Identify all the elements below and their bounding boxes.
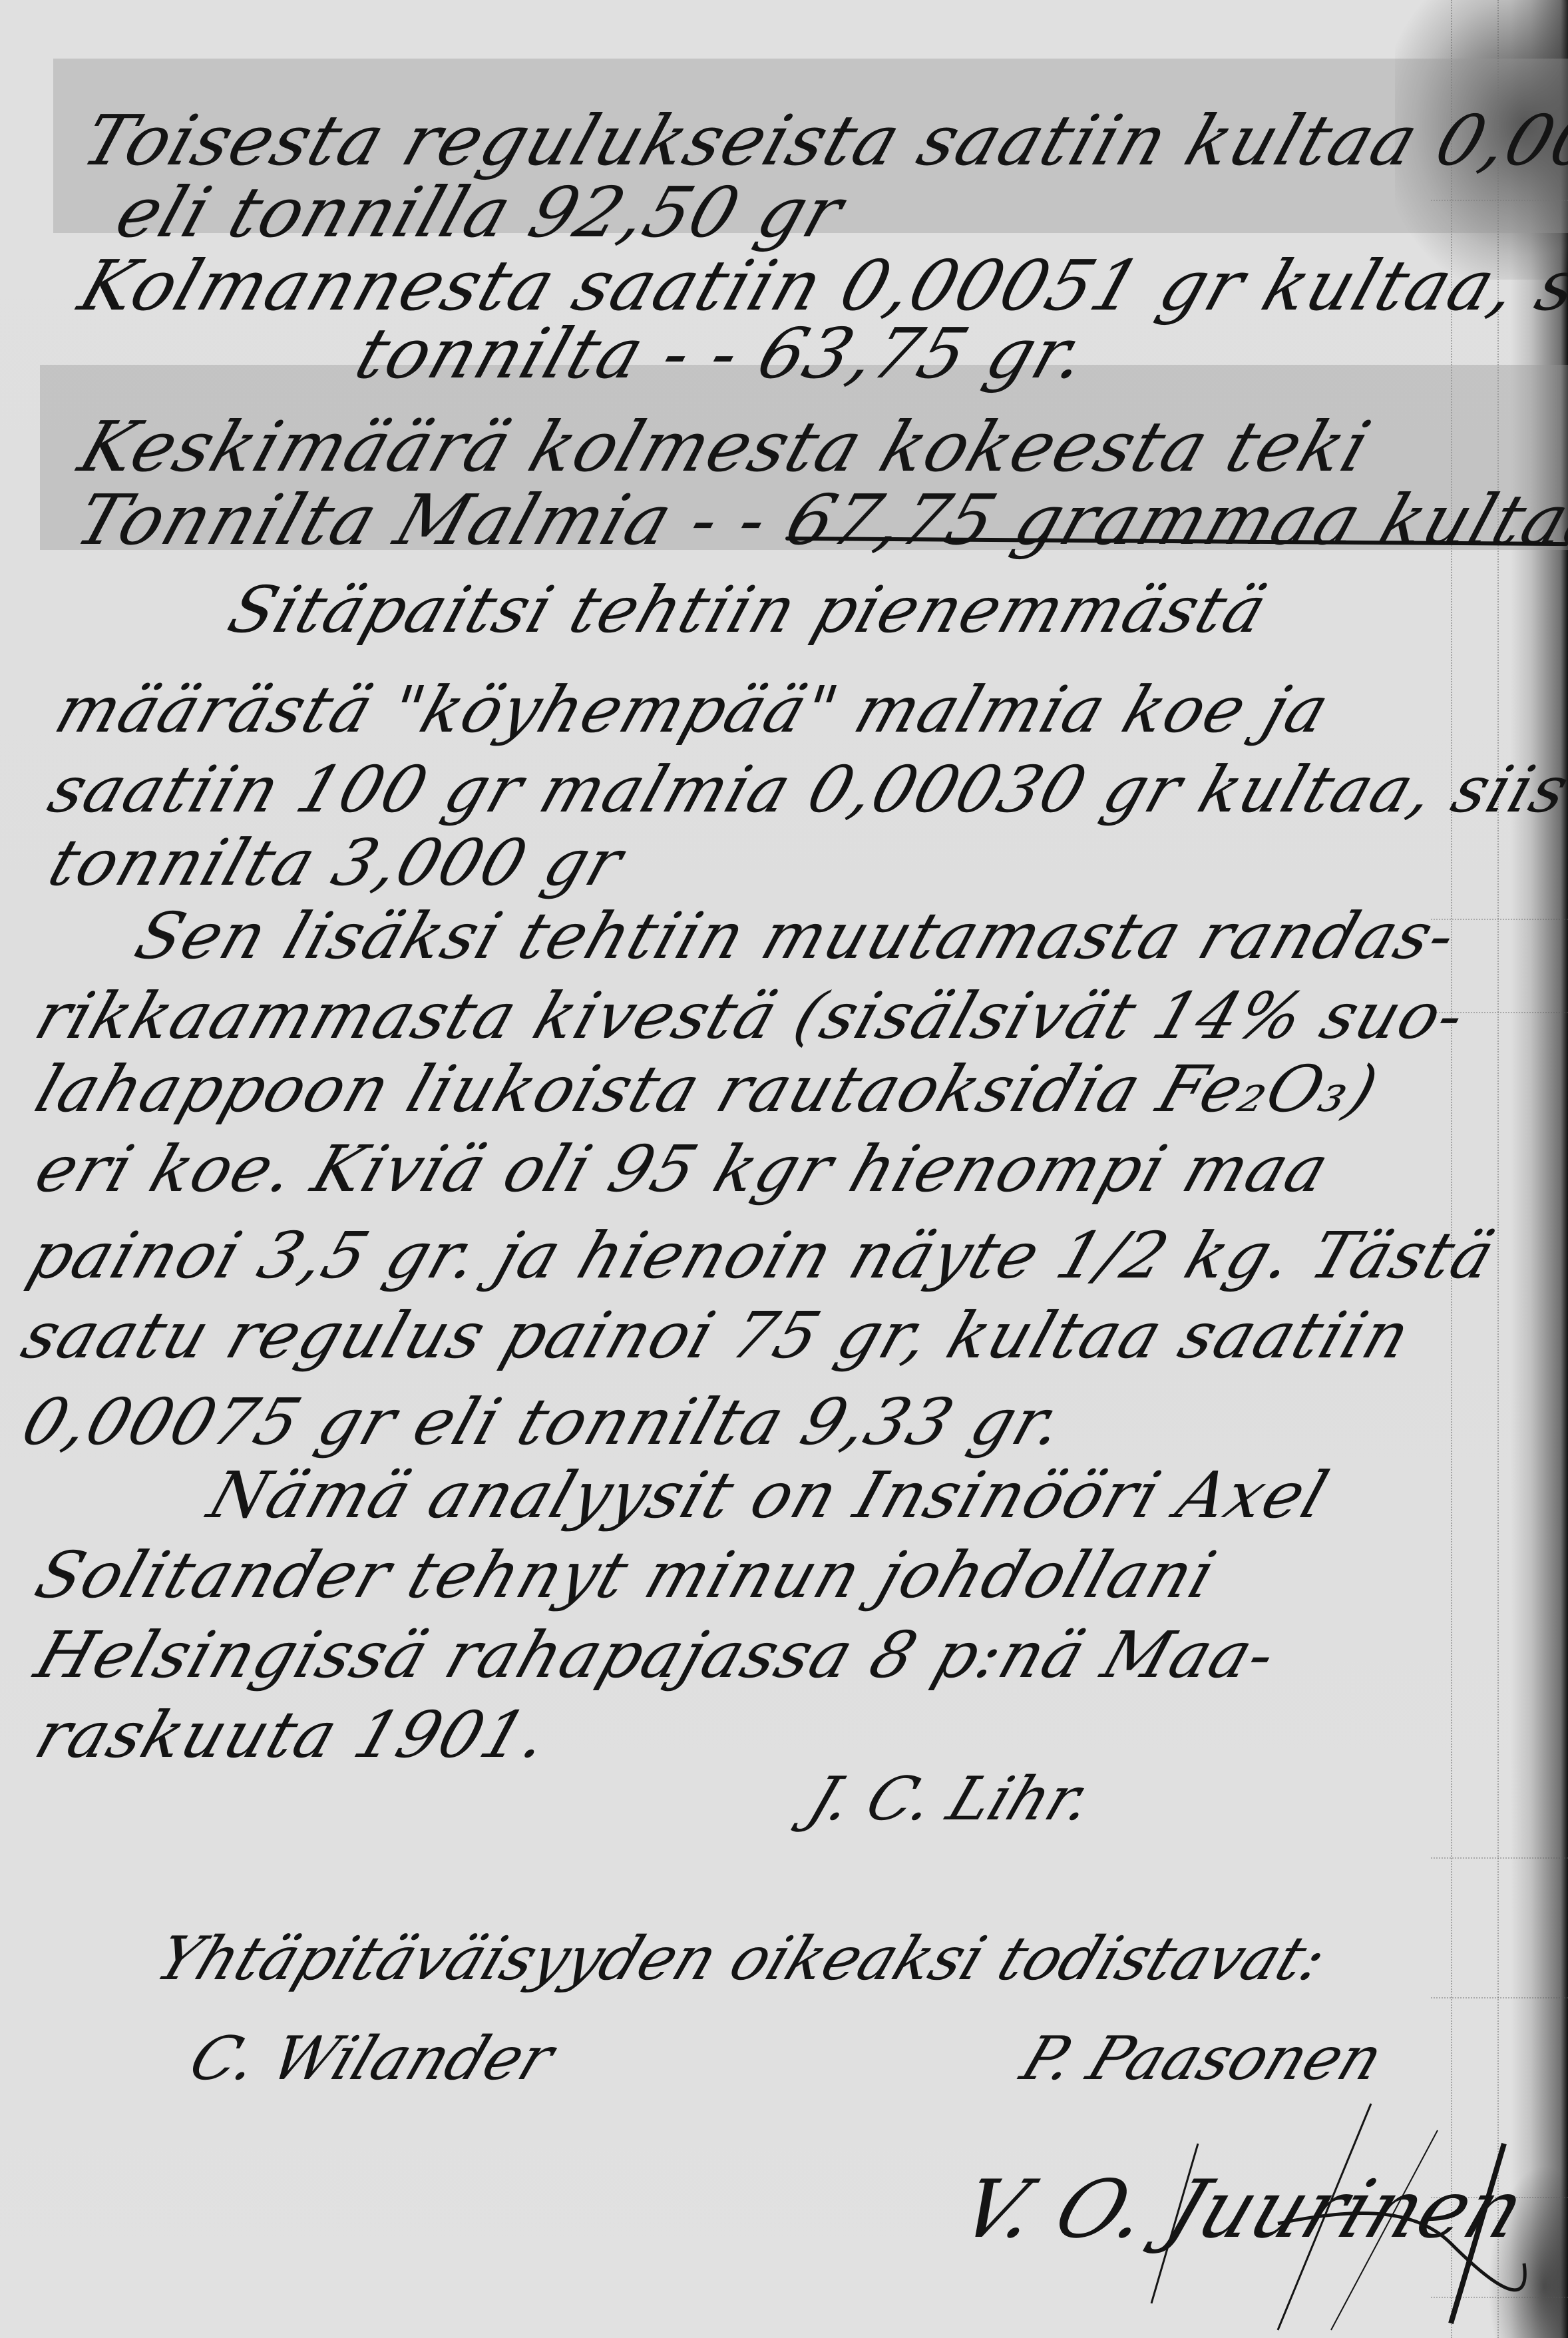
text-line-13: lahappoon liukoista rautaoksidia Fe₂O₃) [27,1052,1388,1126]
text-line-9: saatiin 100 gr malmia 0,00030 gr kultaa,… [40,752,1568,827]
text-line-21: raskuuta 1901. [27,1698,559,1772]
text-line-16: saatu regulus painoi 75 gr, kultaa saati… [13,1298,1420,1373]
text-line-1: Toisesta regulukseista saatiin kultaa 0,… [73,100,1568,181]
text-line-10: tonnilta 3,000 gr [40,825,633,900]
text-line-20: Helsingissä rahapajassa 8 p:nä Maa- [27,1618,1286,1692]
signature-flourish-icon [865,2090,1568,2338]
text-line-12: rikkaammasta kivestä (sisälsivät 14% suo… [27,979,1475,1053]
witness-statement: Yhtäpitäväisyyden oikeaksi todistavat: [147,1924,1336,1994]
text-line-5: Keskimäärä kolmesta kokeesta teki [70,406,1381,487]
margin-ruling [1497,0,1499,2338]
text-line-4: tonnilta - - 63,75 gr. [346,313,1098,394]
text-line-7: Sitäpaitsi tehtiin pienemmästä [220,573,1277,647]
faint-grid-line [1431,1997,1568,1998]
text-line-15: painoi 3,5 gr. ja hienoin näyte 1/2 kg. … [20,1218,1505,1293]
witness-signature-2: P. Paasonen [1012,2024,1392,2094]
margin-ruling [1451,0,1452,2338]
text-line-14: eri koe. Kiviä oli 95 kgr hienompi maa [27,1132,1339,1206]
text-line-8: määrästä "köyhempää" malmia koe ja [47,672,1339,747]
author-signature: J. C. Lihr. [799,1764,1103,1834]
text-line-18: Nämä analyysit on Insinööri Axel [200,1458,1338,1532]
text-line-2: eli tonnilla 92,50 gr [106,172,854,253]
text-line-11: Sen lisäksi tehtiin muutamasta randas- [126,899,1466,973]
witness-signature-1: C. Wilander [180,2024,563,2094]
text-line-17: 0,00075 gr eli tonnilta 9,33 gr. [13,1385,1074,1459]
text-line-19: Solitander tehnyt minun johdollani [27,1538,1226,1612]
text-line-6: Tonnilta Malmia - - 67,75 grammaa kultaa [67,479,1568,561]
faint-grid-line [1431,1857,1568,1859]
